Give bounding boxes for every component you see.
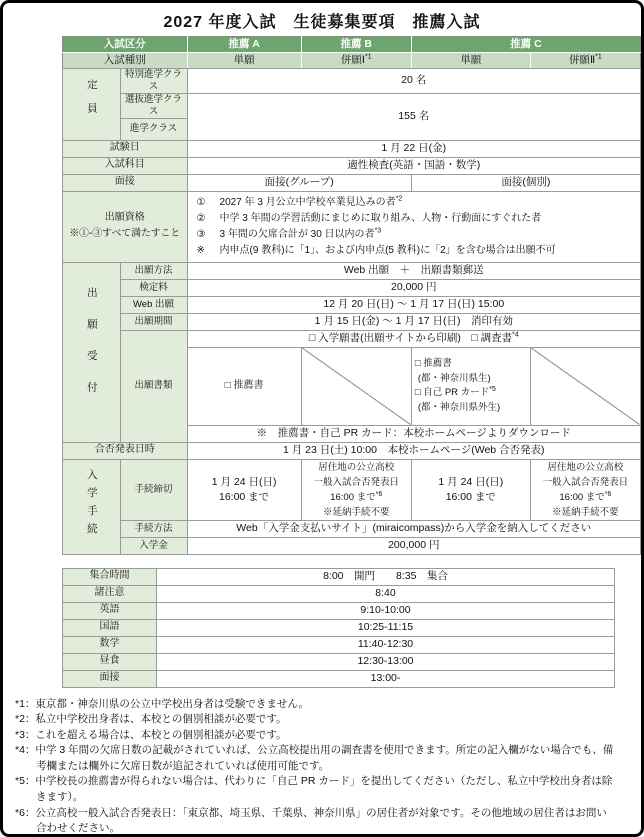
enrollment-deadline-a: 1 月 24 日(日) 16:00 まで [187, 459, 301, 520]
schedule-label: 数学 [63, 636, 157, 653]
row-documents-common: 出願書類 □ 入学願書(出願サイトから印刷) □ 調査書*4 [63, 330, 641, 347]
schedule-value: 10:25-11:15 [157, 619, 615, 636]
enrollment-deadline-b: 居住地の公立高校 一般入試合否発表日 16:00 まで*6 ※延納手続不要 [301, 459, 411, 520]
division-header-label: 入試区分 [63, 37, 188, 53]
schedule-row: 数学 11:40-12:30 [63, 636, 615, 653]
row-application-method: 出願受付 出願方法 Web 出願 ＋ 出願書類郵送 [63, 262, 641, 279]
schedule-row: 国語 10:25-11:15 [63, 619, 615, 636]
division-c: 推薦 C [411, 37, 640, 53]
application-web-label: Web 出願 [120, 296, 187, 313]
eligibility-label: 出願資格 ※①-③すべて満たすこと [63, 191, 188, 262]
subjects-value: 適性検査(英語・国語・数学) [187, 157, 640, 174]
eligibility-label-note: ※①-③すべて満たすこと [65, 227, 185, 241]
exam-date-label: 試験日 [63, 140, 188, 157]
enrollment-method-value: Web「入学金支払いサイト」(miraicompass)から入学金を納入してくだ… [187, 520, 640, 537]
day-schedule-table: 集合時間 8:00 開門 8:35 集合 諸注意 8:40 英語 9:10-10… [62, 568, 615, 688]
schedule-row: 集合時間 8:00 開門 8:35 集合 [63, 568, 615, 585]
application-group-label: 出願受付 [63, 262, 121, 442]
type-b: 併願Ⅰ*1 [301, 53, 411, 69]
row-enrollment-fee: 入学金 200,000 円 [63, 537, 641, 554]
type-a: 単願 [187, 53, 301, 69]
enrollment-deadline-label: 手続締切 [120, 459, 187, 520]
footnote-1: *1：東京都・神奈川県の公立中学校出身者は受験できません。 [15, 697, 615, 713]
row-interview: 面接 面接(グループ) 面接(個別) [63, 174, 641, 191]
application-fee-value: 20,000 円 [187, 279, 640, 296]
row-announcement: 合否発表日時 1 月 23 日(土) 10:00 本校ホームページ(Web 合否… [63, 442, 641, 459]
eligibility-item: ③3 年間の欠席合計が 30 日以内の者*3 [197, 227, 636, 243]
footnote-3: *3：これを超える場合は、本校との個別相談が必要です。 [15, 728, 615, 744]
type-header-label: 入試種別 [63, 53, 188, 69]
schedule-row: 昼食 12:30-13:00 [63, 653, 615, 670]
schedule-label: 国語 [63, 619, 157, 636]
eligibility-item: ※内申点(9 教科)に「1」、および内申点(5 教科)に「2」を含む場合は出願不… [197, 243, 636, 259]
row-exam-date: 試験日 1 月 22 日(金) [63, 140, 641, 157]
documents-c-value: □ 推薦書 (都・神奈川県生) □ 自己 PR カード*5 (都・神奈川県外生) [411, 347, 530, 425]
footnotes: *1：東京都・神奈川県の公立中学校出身者は受験できません。 *2：私立中学校出身… [15, 697, 615, 837]
application-period-value: 1 月 15 日(金) ～ 1 月 17 日(日) 消印有効 [187, 313, 640, 330]
division-a: 推薦 A [187, 37, 301, 53]
page-title: 2027 年度入試 生徒募集要項 推薦入試 [3, 3, 641, 36]
capacity-group-label: 定員 [63, 69, 121, 141]
row-enrollment-method: 手続方法 Web「入学金支払いサイト」(miraicompass)から入学金を納… [63, 520, 641, 537]
enrollment-deadline-c: 1 月 24 日(日) 16:00 まで [411, 459, 530, 520]
eligibility-items: ①2027 年 3 月公立中学校卒業見込みの者*2 ②中学 3 年間の学習活動に… [187, 191, 640, 262]
schedule-row: 英語 9:10-10:00 [63, 602, 615, 619]
type-d: 併願Ⅱ*1 [530, 53, 640, 69]
eligibility-label-title: 出願資格 [65, 212, 185, 225]
eligibility-item: ①2027 年 3 月公立中学校卒業見込みの者*2 [197, 195, 636, 211]
exam-date-value: 1 月 22 日(金) [187, 140, 640, 157]
interview-label: 面接 [63, 174, 188, 191]
admissions-table: 入試区分 推薦 A 推薦 B 推薦 C 入試種別 単願 併願Ⅰ*1 単願 併願Ⅱ… [62, 36, 641, 555]
capacity-special-label: 特別進学クラス [120, 69, 187, 94]
eligibility-item: ②中学 3 年間の学習活動にまじめに取り組み、人物・行動面にすぐれた者 [197, 211, 636, 227]
enrollment-group-label: 入学手続 [63, 459, 121, 554]
application-web-value: 12 月 20 日(日) ～ 1 月 17 日(日) 15:00 [187, 296, 640, 313]
row-capacity-special: 定員 特別進学クラス 20 名 [63, 69, 641, 94]
documents-download-note: ※ 推薦書・自己 PR カード：本校ホームページよりダウンロード [187, 425, 640, 442]
schedule-row: 面接 13:00- [63, 670, 615, 687]
documents-d-empty-diagonal [530, 347, 640, 425]
documents-b-empty-diagonal [301, 347, 411, 425]
subjects-label: 入試科目 [63, 157, 188, 174]
type-c: 単願 [411, 53, 530, 69]
application-period-label: 出願期間 [120, 313, 187, 330]
row-eligibility: 出願資格 ※①-③すべて満たすこと ①2027 年 3 月公立中学校卒業見込みの… [63, 191, 641, 262]
schedule-value: 8:40 [157, 585, 615, 602]
documents-label: 出願書類 [120, 330, 187, 442]
footnote-5: *5：中学校長の推薦書が得られない場合は、代わりに「自己 PR カード」を提出し… [15, 774, 615, 805]
schedule-label: 集合時間 [63, 568, 157, 585]
footnote-6: *6：公立高校一般入試合否発表日：「東京都、埼玉県、千葉県、神奈川県」の居住者が… [15, 806, 615, 837]
schedule-label: 面接 [63, 670, 157, 687]
schedule-value: 13:00- [157, 670, 615, 687]
row-application-web: Web 出願 12 月 20 日(日) ～ 1 月 17 日(日) 15:00 [63, 296, 641, 313]
document-page: 2027 年度入試 生徒募集要項 推薦入試 入試区分 推薦 A 推薦 B 推薦 … [0, 0, 644, 837]
row-subjects: 入試科目 適性検査(英語・国語・数学) [63, 157, 641, 174]
row-type: 入試種別 単願 併願Ⅰ*1 単願 併願Ⅱ*1 [63, 53, 641, 69]
interview-group-value: 面接(グループ) [187, 174, 411, 191]
application-fee-label: 検定料 [120, 279, 187, 296]
schedule-value: 11:40-12:30 [157, 636, 615, 653]
enrollment-method-label: 手続方法 [120, 520, 187, 537]
enrollment-deadline-d: 居住地の公立高校 一般入試合否発表日 16:00 まで*6 ※延納手続不要 [530, 459, 640, 520]
schedule-label: 諸注意 [63, 585, 157, 602]
announcement-value: 1 月 23 日(土) 10:00 本校ホームページ(Web 合否発表) [187, 442, 640, 459]
division-b: 推薦 B [301, 37, 411, 53]
capacity-selective-label: 選抜進学クラス [120, 93, 187, 118]
schedule-value: 8:00 開門 8:35 集合 [157, 568, 615, 585]
capacity-special-value: 20 名 [187, 69, 640, 94]
footnote-4: *4：中学 3 年間の欠席日数の記載がされていれば、公立高校提出用の調査書を使用… [15, 743, 615, 774]
documents-a-value: □ 推薦書 [187, 347, 301, 425]
announcement-label: 合否発表日時 [63, 442, 188, 459]
enrollment-fee-label: 入学金 [120, 537, 187, 554]
schedule-value: 12:30-13:00 [157, 653, 615, 670]
interview-individual-value: 面接(個別) [411, 174, 640, 191]
row-enrollment-deadline: 入学手続 手続締切 1 月 24 日(日) 16:00 まで 居住地の公立高校 … [63, 459, 641, 520]
footnote-2: *2：私立中学校出身者は、本校との個別相談が必要です。 [15, 712, 615, 728]
capacity-regular-label: 進学クラス [120, 118, 187, 140]
capacity-others-value: 155 名 [187, 93, 640, 140]
schedule-label: 昼食 [63, 653, 157, 670]
row-capacity-selective: 選抜進学クラス 155 名 [63, 93, 641, 118]
schedule-row: 諸注意 8:40 [63, 585, 615, 602]
documents-common-value: □ 入学願書(出願サイトから印刷) □ 調査書*4 [187, 330, 640, 347]
application-method-label: 出願方法 [120, 262, 187, 279]
row-application-period: 出願期間 1 月 15 日(金) ～ 1 月 17 日(日) 消印有効 [63, 313, 641, 330]
enrollment-fee-value: 200,000 円 [187, 537, 640, 554]
application-method-value: Web 出願 ＋ 出願書類郵送 [187, 262, 640, 279]
row-division: 入試区分 推薦 A 推薦 B 推薦 C [63, 37, 641, 53]
row-application-fee: 検定料 20,000 円 [63, 279, 641, 296]
schedule-label: 英語 [63, 602, 157, 619]
schedule-value: 9:10-10:00 [157, 602, 615, 619]
